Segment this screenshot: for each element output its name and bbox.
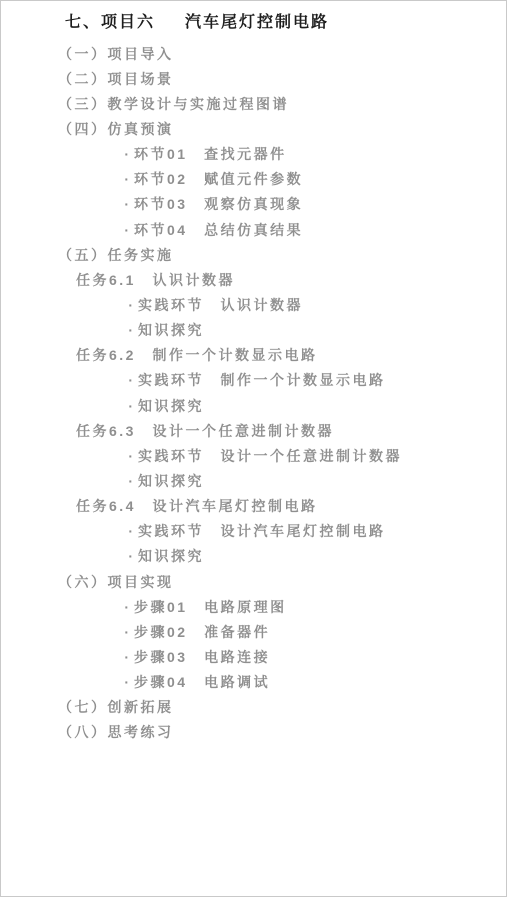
toc-item-label: 实践环节 制作一个计数显示电路	[138, 370, 386, 390]
section-title: 汽车尾灯控制电路	[185, 14, 329, 31]
toc-item: ·步骤03 电路连接	[1, 644, 506, 669]
toc-item: ·步骤01 电路原理图	[1, 594, 506, 619]
bullet-dot-icon: ·	[122, 146, 134, 162]
toc-item-label: 步骤01 电路原理图	[134, 597, 287, 617]
toc-item: ·实践环节 认识计数器	[1, 292, 506, 317]
toc-item-label: 实践环节 设计汽车尾灯控制电路	[138, 521, 386, 541]
toc-item-label: 知识探究	[138, 396, 204, 416]
bullet-dot-icon: ·	[126, 548, 138, 564]
toc-item-label: 步骤02 准备器件	[134, 622, 270, 642]
toc-item: ·环节04 总结仿真结果	[1, 217, 506, 242]
toc-item: （二）项目场景	[1, 66, 506, 91]
toc-item: ·环节02 赋值元件参数	[1, 167, 506, 192]
bullet-dot-icon: ·	[126, 398, 138, 414]
toc-item-label: 环节01 查找元器件	[134, 144, 287, 164]
bullet-dot-icon: ·	[126, 322, 138, 338]
toc-item-label: （八）思考练习	[58, 722, 174, 742]
toc-item: ·知识探究	[1, 393, 506, 418]
toc-item: ·知识探究	[1, 468, 506, 493]
toc-item: （七）创新拓展	[1, 695, 506, 720]
toc-item: （三）教学设计与实施过程图谱	[1, 91, 506, 116]
bullet-dot-icon: ·	[126, 448, 138, 464]
bullet-dot-icon: ·	[126, 297, 138, 313]
toc-item: （六）项目实现	[1, 569, 506, 594]
bullet-dot-icon: ·	[122, 649, 134, 665]
bullet-dot-icon: ·	[122, 674, 134, 690]
toc-item-label: 任务6.2 制作一个计数显示电路	[76, 345, 317, 365]
toc-item-label: （三）教学设计与实施过程图谱	[58, 94, 289, 114]
toc-item-label: （四）仿真预演	[58, 119, 174, 139]
section-number: 七、项目六	[65, 14, 155, 32]
toc-item-label: 环节02 赋值元件参数	[134, 169, 303, 189]
toc-item-label: （二）项目场景	[58, 69, 174, 89]
toc-item: 任务6.1 认识计数器	[1, 267, 506, 292]
toc-item: （一）项目导入	[1, 41, 506, 66]
toc-item: ·知识探究	[1, 544, 506, 569]
toc-item-label: （五）任务实施	[58, 245, 174, 265]
toc-item: ·实践环节 设计一个任意进制计数器	[1, 443, 506, 468]
toc-item: ·知识探究	[1, 318, 506, 343]
toc-item: （五）任务实施	[1, 242, 506, 267]
toc-item-label: 步骤04 电路调试	[134, 672, 270, 692]
document-page: 七、项目六汽车尾灯控制电路 （一）项目导入 （二）项目场景 （三）教学设计与实施…	[0, 0, 507, 897]
toc-item-label: 任务6.4 设计汽车尾灯控制电路	[76, 496, 317, 516]
toc-item-label: （一）项目导入	[58, 44, 174, 64]
toc-item-label: 实践环节 设计一个任意进制计数器	[138, 446, 402, 466]
toc-item-label: 步骤03 电路连接	[134, 647, 270, 667]
bullet-dot-icon: ·	[126, 372, 138, 388]
bullet-dot-icon: ·	[122, 599, 134, 615]
toc-item: ·环节03 观察仿真现象	[1, 192, 506, 217]
toc-item: ·步骤02 准备器件	[1, 619, 506, 644]
toc-item-label: （七）创新拓展	[58, 697, 174, 717]
toc-item-label: 实践环节 认识计数器	[138, 295, 303, 315]
toc-outline: （一）项目导入 （二）项目场景 （三）教学设计与实施过程图谱 （四）仿真预演 ·…	[1, 41, 506, 745]
toc-item-label: （六）项目实现	[58, 572, 174, 592]
toc-item-label: 任务6.3 设计一个任意进制计数器	[76, 421, 334, 441]
toc-item: 任务6.2 制作一个计数显示电路	[1, 343, 506, 368]
bullet-dot-icon: ·	[126, 473, 138, 489]
toc-item: ·实践环节 制作一个计数显示电路	[1, 368, 506, 393]
bullet-dot-icon: ·	[126, 523, 138, 539]
toc-item: （四）仿真预演	[1, 116, 506, 141]
toc-item: 任务6.3 设计一个任意进制计数器	[1, 418, 506, 443]
toc-item: ·步骤04 电路调试	[1, 670, 506, 695]
toc-item: 任务6.4 设计汽车尾灯控制电路	[1, 494, 506, 519]
bullet-dot-icon: ·	[122, 222, 134, 238]
page-title: 七、项目六汽车尾灯控制电路	[65, 14, 506, 32]
toc-item-label: 知识探究	[138, 320, 204, 340]
toc-item-label: 知识探究	[138, 471, 204, 491]
toc-item-label: 环节04 总结仿真结果	[134, 220, 303, 240]
bullet-dot-icon: ·	[122, 171, 134, 187]
toc-item-label: 知识探究	[138, 546, 204, 566]
toc-item-label: 环节03 观察仿真现象	[134, 194, 303, 214]
bullet-dot-icon: ·	[122, 624, 134, 640]
toc-item: ·环节01 查找元器件	[1, 142, 506, 167]
bullet-dot-icon: ·	[122, 196, 134, 212]
toc-item-label: 任务6.1 认识计数器	[76, 270, 235, 290]
toc-content: 七、项目六汽车尾灯控制电路 （一）项目导入 （二）项目场景 （三）教学设计与实施…	[1, 1, 506, 745]
toc-item: （八）思考练习	[1, 720, 506, 745]
toc-item: ·实践环节 设计汽车尾灯控制电路	[1, 519, 506, 544]
